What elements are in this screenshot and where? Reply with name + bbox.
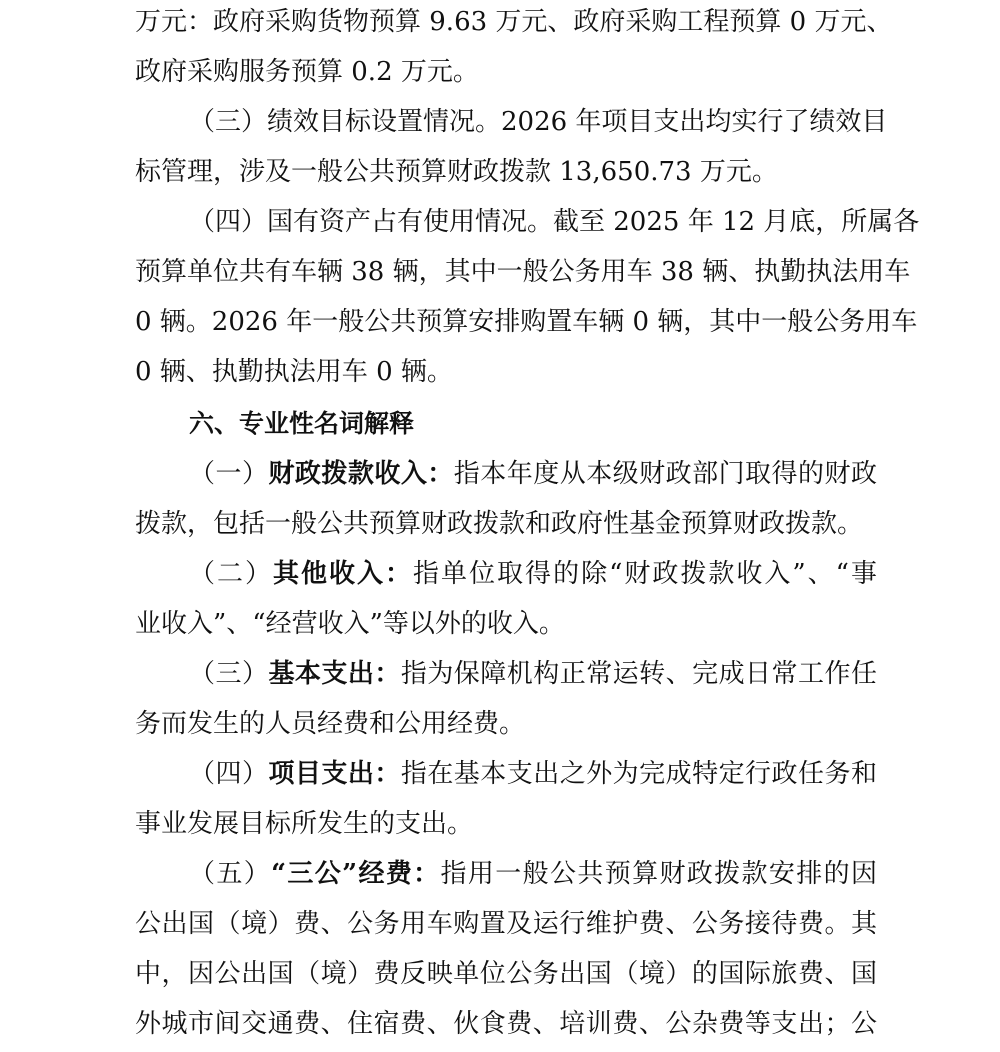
definition-label: （二） [189,559,273,589]
definition-first-line: （二）其他收入：指单位取得的除“财政拨款收入”、“事 [135,557,877,591]
definition-first-line: （三）基本支出：指为保障机构正常运转、完成日常工作任 [135,657,877,691]
definition-text: 指用一般公共预算财政拨款安排的因 [441,859,877,889]
definition-first-line: （五）“三公”经费：指用一般公共预算财政拨款安排的因 [135,857,877,891]
definition-line: 拨款，包括一般公共预算财政拨款和政府性基金预算财政拨款。 [135,507,877,541]
paragraph-line: （四）国有资产占有使用情况。截至 2025 年 12 月底，所属各 [135,205,877,239]
definition-term: “三公”经费： [271,859,440,889]
definition-text: 指为保障机构正常运转、完成日常工作任 [401,659,877,689]
definition-first-line: （四）项目支出：指在基本支出之外为完成特定行政任务和 [135,757,877,791]
definition-label: （一） [189,459,268,489]
paragraph-line: 0 辆。2026 年一般公共预算安排购置车辆 0 辆，其中一般公务用车 [135,305,877,339]
definition-line: 业收入”、“经营收入”等以外的收入。 [135,607,877,641]
definition-label: （五） [189,859,271,889]
section-heading: 六、专业性名词解释 [135,407,877,441]
paragraph-line: 0 辆、执勤执法用车 0 辆。 [135,355,877,389]
paragraph-line: 万元：政府采购货物预算 9.63 万元、政府采购工程预算 0 万元、 [135,5,877,39]
definition-first-line: （一）财政拨款收入：指本年度从本级财政部门取得的财政 [135,457,877,491]
definition-line: 外城市间交通费、住宿费、伙食费、培训费、公杂费等支出；公 [135,1007,877,1041]
definition-label: （三） [189,659,268,689]
paragraph-line: （三）绩效目标设置情况。2026 年项目支出均实行了绩效目 [135,105,877,139]
definition-line: 公出国（境）费、公务用车购置及运行维护费、公务接待费。其 [135,907,877,941]
definition-term: 基本支出： [268,659,400,689]
definition-term: 财政拨款收入： [268,459,453,489]
paragraph-line: 预算单位共有车辆 38 辆，其中一般公务用车 38 辆、执勤执法用车 [135,255,877,289]
definition-text: 指本年度从本级财政部门取得的财政 [454,459,877,489]
definition-text: 指单位取得的除“财政拨款收入”、“事 [413,559,877,589]
paragraph-line: 标管理，涉及一般公共预算财政拨款 13,650.73 万元。 [135,155,877,189]
definition-line: 事业发展目标所发生的支出。 [135,807,877,841]
definition-line: 务而发生的人员经费和公用经费。 [135,707,877,741]
definition-text: 指在基本支出之外为完成特定行政任务和 [401,759,877,789]
definition-line: 中，因公出国（境）费反映单位公务出国（境）的国际旅费、国 [135,957,877,991]
definition-term: 项目支出： [268,759,400,789]
definition-label: （四） [189,759,268,789]
definition-term: 其他收入： [273,559,413,589]
paragraph-line: 政府采购服务预算 0.2 万元。 [135,55,877,89]
